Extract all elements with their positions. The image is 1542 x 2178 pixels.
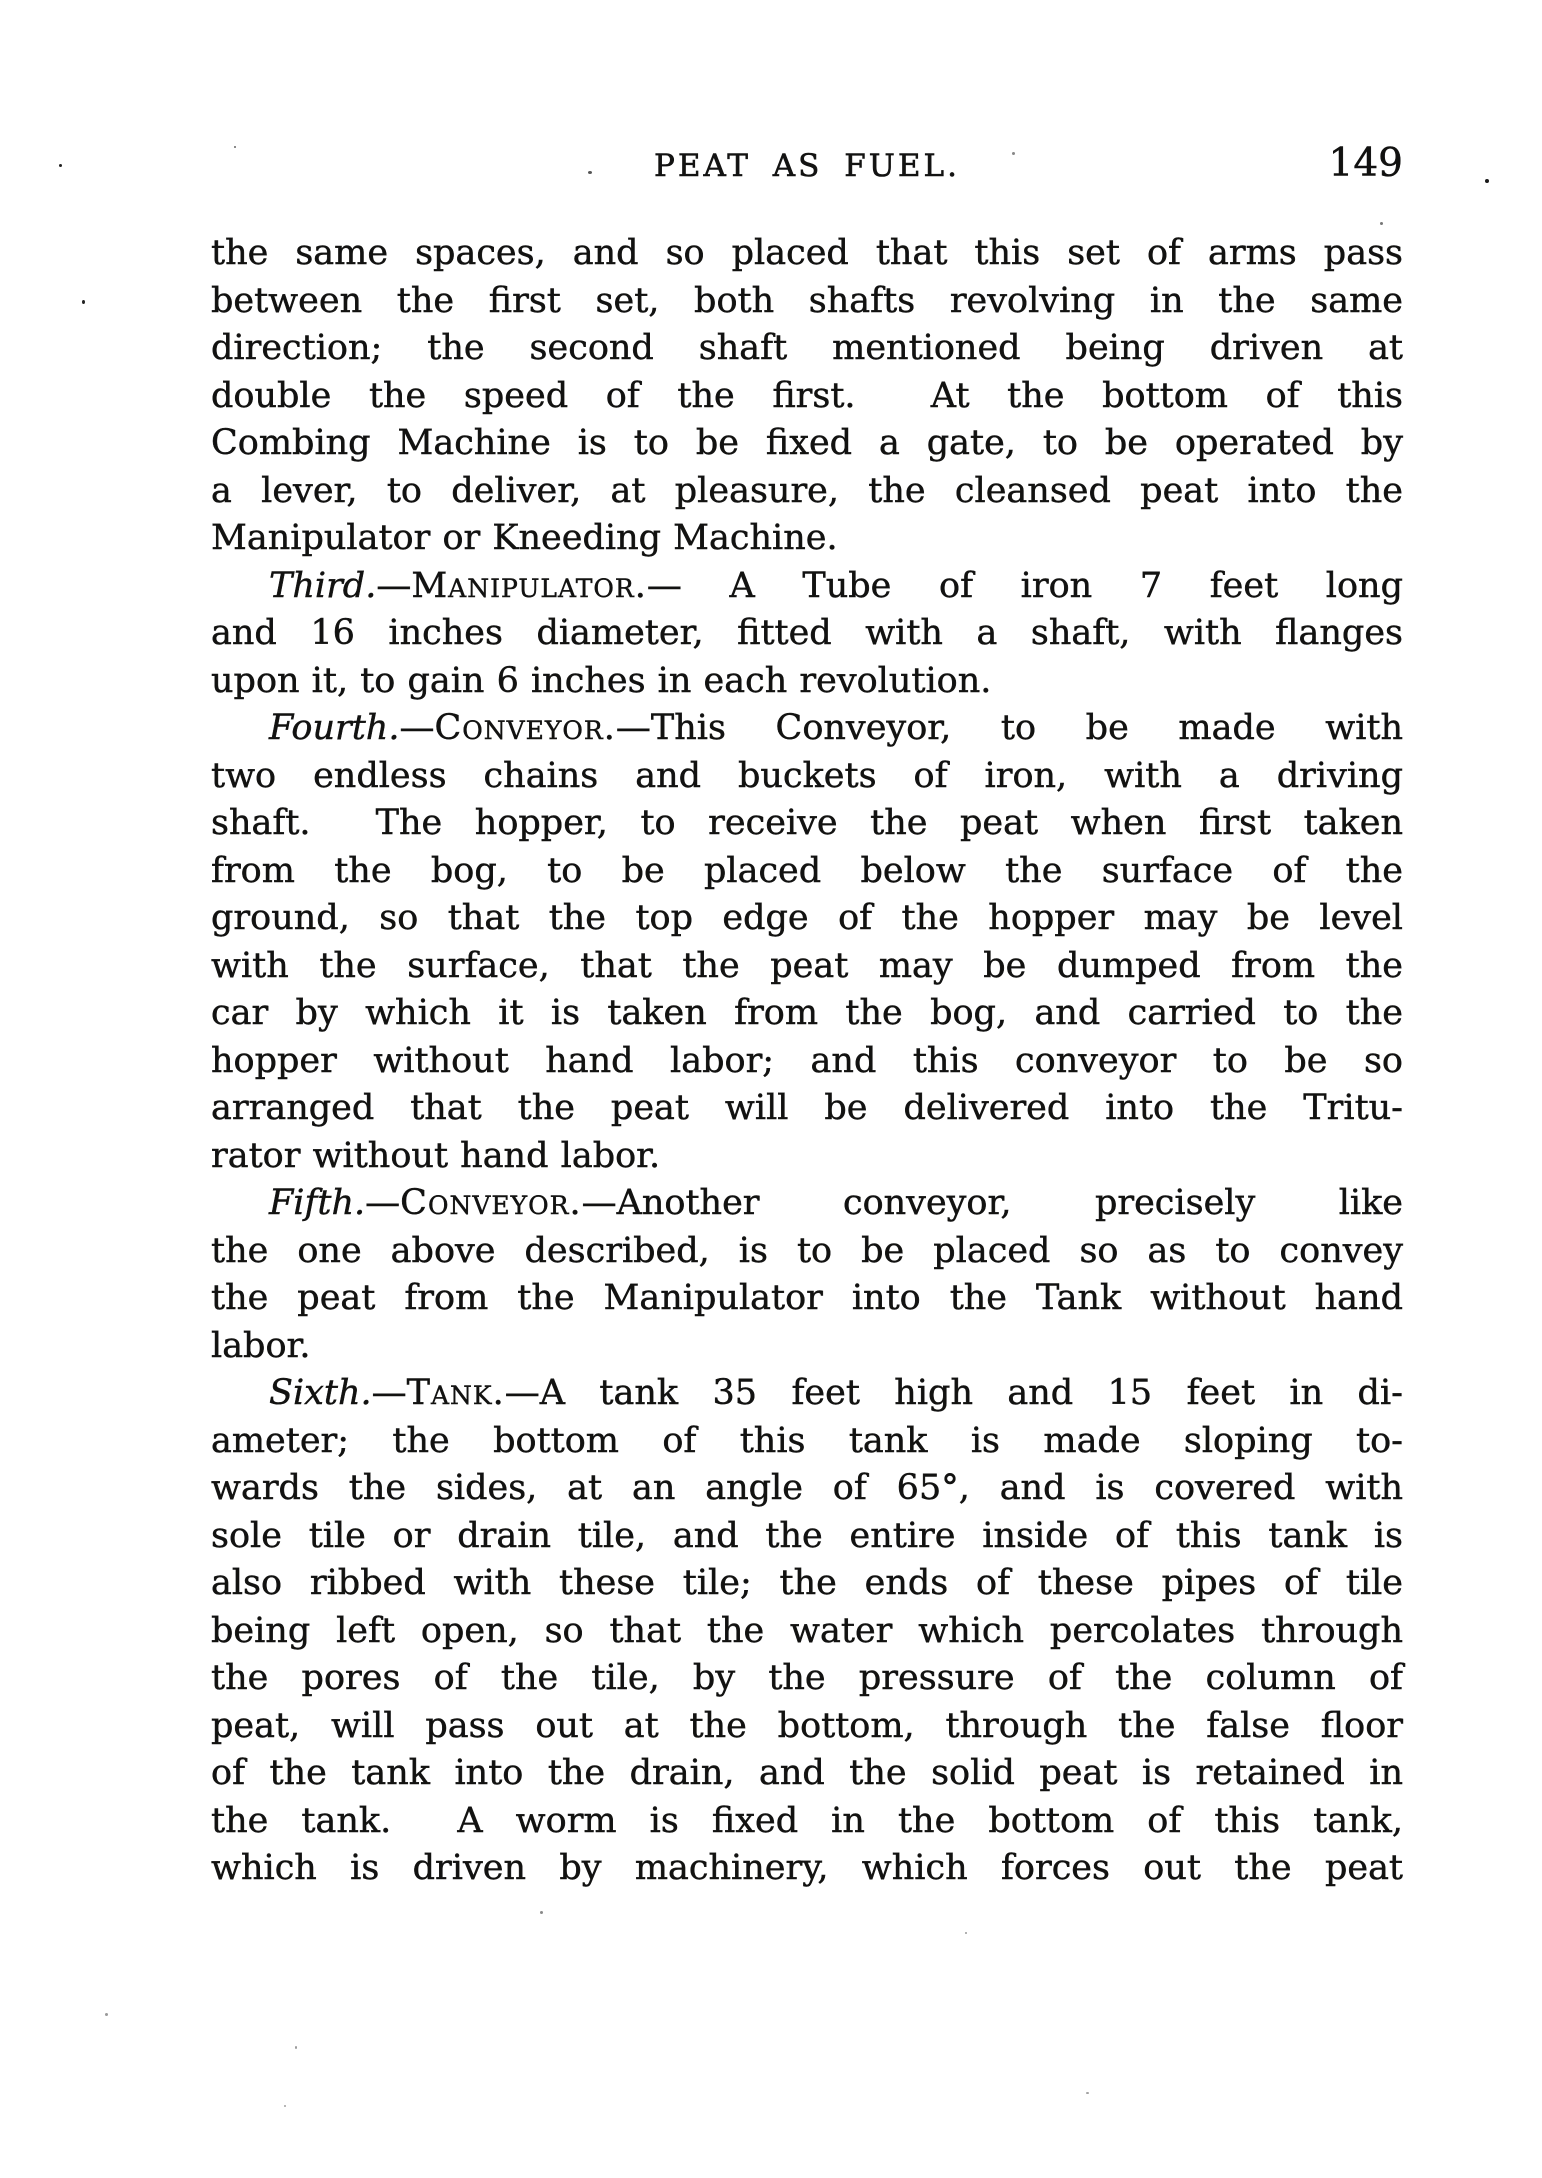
scan-speck	[82, 300, 85, 304]
text-line: ground, so that the top edge of the hopp…	[211, 895, 1403, 943]
text-segment: Combing Machine is to be fixed a gate, t…	[211, 423, 1403, 463]
text-line: and 16 inches diameter, fitted with a sh…	[211, 610, 1403, 658]
scan-speck	[295, 2046, 297, 2049]
text-line: upon it, to gain 6 inches in each revolu…	[211, 658, 1403, 706]
text-segment: rator without hand labor.	[211, 1136, 660, 1176]
running-title: PEAT AS FUEL.	[654, 146, 960, 186]
text-segment: direction; the second shaft mentioned be…	[211, 328, 1403, 368]
text-segment: Tank.	[407, 1373, 505, 1413]
text-segment: ground, so that the top edge of the hopp…	[211, 898, 1403, 938]
text-line: being left open, so that the water which…	[211, 1608, 1403, 1656]
paragraph: Fourth.—Conveyor.—This Conveyor, to be m…	[211, 705, 1403, 1180]
text-segment: —	[376, 566, 411, 606]
text-segment: and 16 inches diameter, fitted with a sh…	[211, 613, 1403, 653]
text-segment: Conveyor.	[434, 708, 615, 748]
text-line: Combing Machine is to be fixed a gate, t…	[211, 420, 1403, 468]
text-segment: the peat from the Manipulator into the T…	[211, 1278, 1403, 1318]
text-segment: car by which it is taken from the bog, a…	[211, 993, 1403, 1033]
text-segment: ameter; the bottom of this tank is made …	[211, 1421, 1403, 1461]
page-header: PEAT AS FUEL. 149	[211, 146, 1403, 194]
page-number: 149	[1329, 144, 1403, 184]
text-line: the tank. A worm is fixed in the bottom …	[211, 1798, 1403, 1846]
text-segment: also ribbed with these tile; the ends of…	[211, 1563, 1403, 1603]
text-segment: the same spaces, and so placed that this…	[211, 233, 1403, 273]
text-segment: Conveyor.	[400, 1183, 581, 1223]
text-segment: peat, will pass out at the bottom, throu…	[211, 1706, 1403, 1746]
text-line: between the first set, both shafts revol…	[211, 278, 1403, 326]
paragraph: Third.—Manipulator.— A Tube of iron 7 fe…	[211, 563, 1403, 706]
text-segment: sole tile or drain tile, and the entire …	[211, 1516, 1403, 1556]
text-line: from the bog, to be placed below the sur…	[211, 848, 1403, 896]
text-segment: from the bog, to be placed below the sur…	[211, 851, 1403, 891]
text-segment: which is driven by machinery, which forc…	[211, 1848, 1403, 1888]
scan-speck	[540, 1911, 543, 1914]
text-segment: —Another conveyor, precisely like	[582, 1183, 1403, 1223]
text-line: also ribbed with these tile; the ends of…	[211, 1560, 1403, 1608]
text-line: the pores of the tile, by the pressure o…	[211, 1655, 1403, 1703]
text-line: two endless chains and buckets of iron, …	[211, 753, 1403, 801]
text-segment: hopper without hand labor; and this conv…	[211, 1041, 1403, 1081]
paragraph: Fifth.—Conveyor.—Another conveyor, preci…	[211, 1180, 1403, 1370]
body-text: the same spaces, and so placed that this…	[211, 230, 1403, 1893]
text-line: hopper without hand labor; and this conv…	[211, 1038, 1403, 1086]
scan-speck	[234, 146, 236, 148]
text-segment: the one above described, is to be placed…	[211, 1231, 1403, 1271]
text-segment: a lever, to deliver, at pleasure, the cl…	[211, 471, 1403, 511]
paragraph: Sixth.—Tank.—A tank 35 feet high and 15 …	[211, 1370, 1403, 1893]
text-line: Fifth.—Conveyor.—Another conveyor, preci…	[211, 1180, 1403, 1228]
text-segment: the tank. A worm is fixed in the bottom …	[211, 1801, 1403, 1841]
text-line: car by which it is taken from the bog, a…	[211, 990, 1403, 1038]
text-segment: Manipulator.	[411, 566, 647, 606]
text-line: rator without hand labor.	[211, 1133, 1403, 1181]
text-segment: arranged that the peat will be delivered…	[211, 1088, 1403, 1128]
text-line: Third.—Manipulator.— A Tube of iron 7 fe…	[211, 563, 1403, 611]
text-line: Manipulator or Kneeding Machine.	[211, 515, 1403, 563]
text-segment: —A tank 35 feet high and 15 feet in di-	[505, 1373, 1403, 1413]
text-line: the one above described, is to be placed…	[211, 1228, 1403, 1276]
scanned-book-page: PEAT AS FUEL. 149 the same spaces, and s…	[0, 0, 1542, 2178]
text-segment: being left open, so that the water which…	[211, 1611, 1403, 1651]
text-segment: Third.	[269, 566, 376, 606]
text-segment: Sixth.	[269, 1373, 372, 1413]
text-segment: labor.	[211, 1326, 311, 1366]
text-segment: — A Tube of iron 7 feet long	[647, 566, 1403, 606]
text-line: Sixth.—Tank.—A tank 35 feet high and 15 …	[211, 1370, 1403, 1418]
text-line: sole tile or drain tile, and the entire …	[211, 1513, 1403, 1561]
text-line: the same spaces, and so placed that this…	[211, 230, 1403, 278]
text-segment: —	[372, 1373, 407, 1413]
text-segment: Fifth.	[269, 1183, 365, 1223]
scan-speck	[105, 2013, 108, 2016]
text-segment: between the first set, both shafts revol…	[211, 281, 1403, 321]
text-segment: Manipulator or Kneeding Machine.	[211, 518, 838, 558]
text-line: peat, will pass out at the bottom, throu…	[211, 1703, 1403, 1751]
text-segment: —This Conveyor, to be made with	[616, 708, 1403, 748]
text-line: direction; the second shaft mentioned be…	[211, 325, 1403, 373]
text-segment: upon it, to gain 6 inches in each revolu…	[211, 661, 991, 701]
text-line: labor.	[211, 1323, 1403, 1371]
text-segment: two endless chains and buckets of iron, …	[211, 756, 1403, 796]
text-line: wards the sides, at an angle of 65°, and…	[211, 1465, 1403, 1513]
scan-speck	[588, 171, 592, 174]
text-segment: the pores of the tile, by the pressure o…	[211, 1658, 1403, 1698]
text-line: which is driven by machinery, which forc…	[211, 1845, 1403, 1893]
text-line: ameter; the bottom of this tank is made …	[211, 1418, 1403, 1466]
text-segment: double the speed of the first. At the bo…	[211, 376, 1403, 416]
scan-speck	[965, 1932, 967, 1934]
text-segment: —	[399, 708, 434, 748]
text-segment: Fourth.	[269, 708, 399, 748]
text-line: arranged that the peat will be delivered…	[211, 1085, 1403, 1133]
text-line: of the tank into the drain, and the soli…	[211, 1750, 1403, 1798]
text-segment: wards the sides, at an angle of 65°, and…	[211, 1468, 1403, 1508]
paragraph: the same spaces, and so placed that this…	[211, 230, 1403, 563]
text-line: a lever, to deliver, at pleasure, the cl…	[211, 468, 1403, 516]
scan-speck	[284, 2105, 286, 2107]
scan-speck	[1086, 2092, 1089, 2094]
text-line: double the speed of the first. At the bo…	[211, 373, 1403, 421]
scan-speck	[1012, 152, 1015, 155]
scan-speck	[1485, 179, 1489, 183]
scan-speck	[59, 164, 62, 167]
scan-speck	[1380, 222, 1383, 225]
text-segment: —	[365, 1183, 400, 1223]
text-segment: of the tank into the drain, and the soli…	[211, 1753, 1403, 1793]
text-line: Fourth.—Conveyor.—This Conveyor, to be m…	[211, 705, 1403, 753]
text-line: the peat from the Manipulator into the T…	[211, 1275, 1403, 1323]
text-line: with the surface, that the peat may be d…	[211, 943, 1403, 991]
text-segment: shaft. The hopper, to receive the peat w…	[211, 803, 1403, 843]
text-line: shaft. The hopper, to receive the peat w…	[211, 800, 1403, 848]
text-segment: with the surface, that the peat may be d…	[211, 946, 1403, 986]
